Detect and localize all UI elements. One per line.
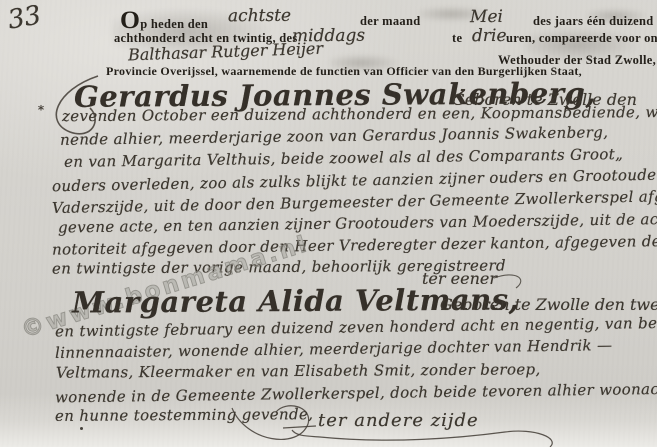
printed-te: te xyxy=(452,31,462,46)
groom-line: zevenden October een duizend achthonderd… xyxy=(62,103,657,125)
margin-mark: * xyxy=(38,103,44,117)
scanned-document-page: 33 Op heden den achtste der maand Mei de… xyxy=(0,0,657,447)
act-number: 33 xyxy=(6,0,44,35)
groom-line: nende alhier, meerderjarige zoon van Ger… xyxy=(60,123,609,149)
printed-uren: uren, compareerde voor ons xyxy=(506,31,657,46)
dash-stroke xyxy=(283,426,316,428)
bride-line-intro: Geboren te Zwolle den twee xyxy=(440,295,657,314)
groom-line: notoriteit afgegeven door den Heer Vrede… xyxy=(52,231,657,258)
ink-speck xyxy=(80,427,83,430)
handwritten-month: Mei xyxy=(470,7,503,27)
bride-line: Veltmans, Kleermaker en van Elisabeth Sm… xyxy=(56,360,541,381)
bride-line: en hunne toestemming gevende, xyxy=(55,405,313,425)
handwritten-hour: drie xyxy=(472,26,507,46)
handwritten-day: achtste xyxy=(228,6,291,26)
bride-line: wonende in de Gemeente Zwollerkerspel, d… xyxy=(55,380,657,407)
ter-andere-flourish xyxy=(292,430,552,447)
printed-der-maand: der maand xyxy=(360,14,420,29)
printed-op-heden: Op heden den xyxy=(120,10,208,32)
closing-ter-andere-zijde: ter andere zijde xyxy=(318,410,479,431)
printed-des-jaars: des jaars één duizend xyxy=(533,14,654,29)
bride-line: linnennaaister, wonende alhier, meerderj… xyxy=(55,336,613,362)
